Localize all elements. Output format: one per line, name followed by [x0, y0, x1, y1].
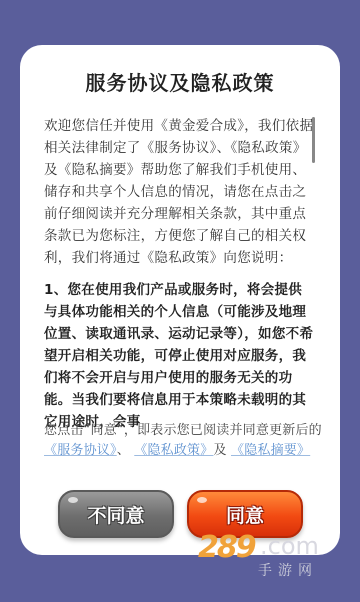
separator: 及 [213, 443, 226, 458]
disagree-label: 不同意 [87, 501, 144, 528]
service-agreement-link[interactable]: 《服务协议》 [44, 443, 117, 458]
agree-label: 同意 [226, 501, 264, 528]
dialog-title: 服务协议及隐私政策 [20, 67, 340, 96]
watermark-number: 289 [198, 530, 255, 565]
policy-intro-paragraph: 欢迎您信任并使用《黄金爱合成》，我们依据相关法律制定了《服务协议》、《隐私政策》… [44, 115, 314, 269]
policy-text-scroll-area[interactable]: 欢迎您信任并使用《黄金爱合成》，我们依据相关法律制定了《服务协议》、《隐私政策》… [44, 115, 314, 435]
watermark-domain: .com [260, 532, 319, 560]
disagree-button[interactable]: 不同意 [58, 490, 174, 538]
privacy-policy-link[interactable]: 《隐私政策》 [134, 443, 213, 458]
separator: 、 [117, 443, 130, 458]
policy-item-1: 1、您在使用我们产品或服务时，将会提供与具体功能相关的个人信息（可能涉及地理位置… [44, 279, 314, 433]
privacy-dialog: 服务协议及隐私政策 欢迎您信任并使用《黄金爱合成》，我们依据相关法律制定了《服务… [20, 45, 340, 555]
button-shine [197, 497, 207, 503]
scrollbar[interactable] [312, 117, 315, 163]
watermark-logo: 289 .com 手游网 [198, 530, 348, 580]
watermark-subtitle: 手游网 [258, 560, 318, 580]
consent-text: 您点击“同意”，即表示您已阅读并同意更新后的 《服务协议》、 《隐私政策》及 《… [44, 421, 324, 461]
button-shine [68, 497, 78, 503]
privacy-summary-link[interactable]: 《隐私摘要》 [231, 443, 310, 458]
consent-prefix: 您点击“同意”，即表示您已阅读并同意更新后的 [44, 423, 322, 438]
